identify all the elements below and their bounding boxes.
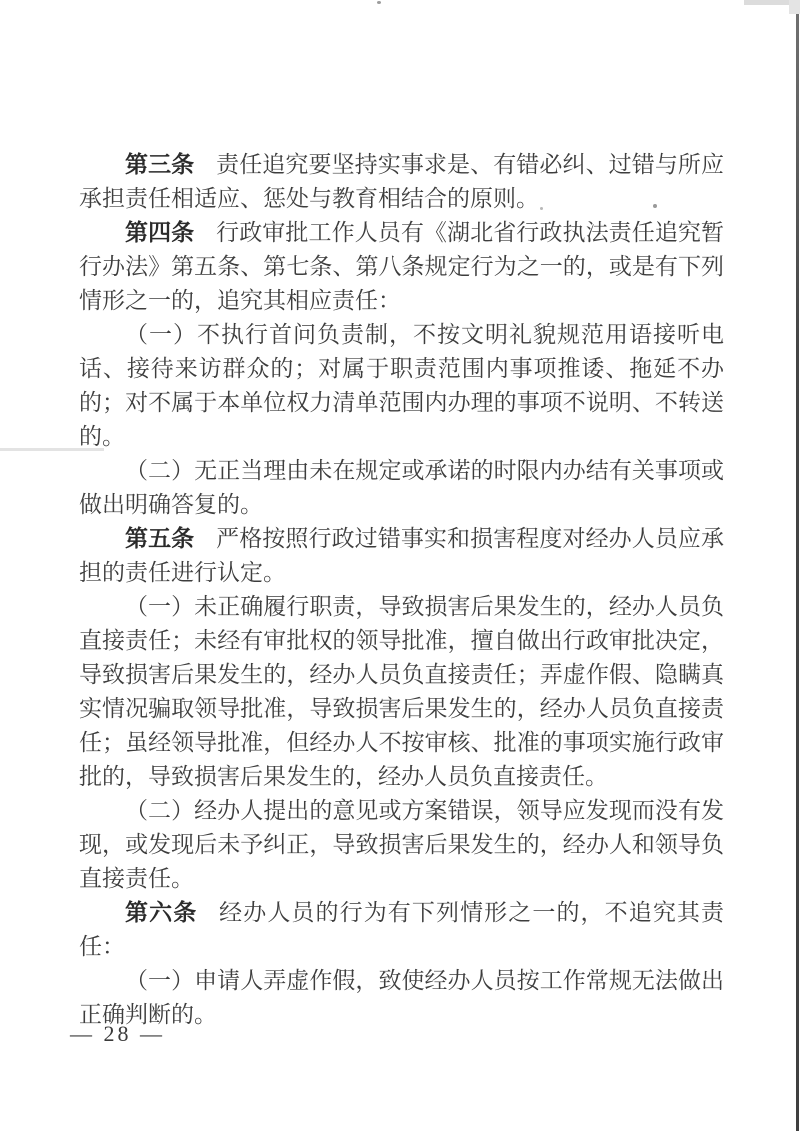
article-6-item-1-text: （一）申请人弄虚作假，致使经办人员按工作常规无法做出正确判断的。 <box>79 968 724 1027</box>
paragraph-article-5: 第五条严格按照行政过错事实和损害程度对经办人员应承担的责任进行认定。 <box>79 522 724 590</box>
scanned-document-page: 第三条责任追究要坚持实事求是、有错必纠、过错与所应承担责任相适应、惩处与教育相结… <box>0 0 800 1131</box>
article-4-item-1-text: （一）不执行首问负责制，不按文明礼貌规范用语接听电话、接待来访群众的；对属于职责… <box>79 322 724 449</box>
paragraph-article-4-item-2: （二）无正当理由未在规定或承诺的时限内办结有关事项或做出明确答复的。 <box>79 454 724 522</box>
paragraph-article-4-item-1: （一）不执行首问负责制，不按文明礼貌规范用语接听电话、接待来访群众的；对属于职责… <box>79 318 724 454</box>
document-text-block: 第三条责任追究要坚持实事求是、有错必纠、过错与所应承担责任相适应、惩处与教育相结… <box>79 148 724 1032</box>
article-5-item-1-text: （一）未正确履行职责，导致损害后果发生的，经办人员负直接责任；未经有审批权的领导… <box>79 594 724 789</box>
paragraph-article-5-item-2: （二）经办人提出的意见或方案错误，领导应发现而没有发现，或发现后未予纠正，导致损… <box>79 794 724 896</box>
article-3-number: 第三条 <box>125 152 194 177</box>
paragraph-article-6-item-1: （一）申请人弄虚作假，致使经办人员按工作常规无法做出正确判断的。 <box>79 964 724 1032</box>
article-5-number: 第五条 <box>125 526 194 551</box>
scan-top-right-corner-smudge <box>789 0 800 14</box>
paragraph-article-6: 第六条经办人员的行为有下列情形之一的，不追究其责任： <box>79 896 724 964</box>
scan-left-streak-artifact <box>0 448 104 451</box>
paragraph-article-5-item-1: （一）未正确履行职责，导致损害后果发生的，经办人员负直接责任；未经有审批权的领导… <box>79 590 724 794</box>
article-4-item-2-text: （二）无正当理由未在规定或承诺的时限内办结有关事项或做出明确答复的。 <box>79 458 724 517</box>
scan-right-edge-artifact <box>796 12 799 1131</box>
paragraph-article-4: 第四条行政审批工作人员有《湖北省行政执法责任追究暂行办法》第五条、第七条、第八条… <box>79 216 724 318</box>
article-4-number: 第四条 <box>125 220 194 245</box>
scan-speck <box>377 1 381 4</box>
scan-speck <box>540 207 543 210</box>
article-5-item-2-text: （二）经办人提出的意见或方案错误，领导应发现而没有发现，或发现后未予纠正，导致损… <box>79 798 724 891</box>
paragraph-article-3: 第三条责任追究要坚持实事求是、有错必纠、过错与所应承担责任相适应、惩处与教育相结… <box>79 148 724 216</box>
scan-speck <box>653 204 657 208</box>
page-number: — 28 — <box>70 1021 165 1047</box>
article-6-number: 第六条 <box>125 900 197 925</box>
